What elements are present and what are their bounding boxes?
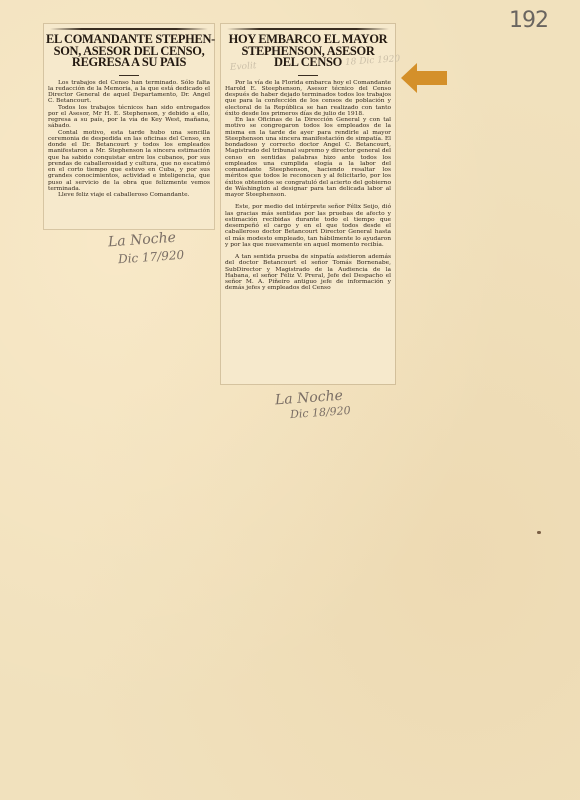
headline-left: EL COMANDANTE STEPHEN- SON, ASESOR DEL C… — [46, 34, 212, 69]
paragraph: Todos los trabajos técnicos han sido ent… — [48, 105, 210, 130]
paragraph: Lleve feliz viaje el caballeroso Comanda… — [48, 192, 210, 198]
faint-stamp: Evolit — [230, 61, 257, 73]
paper-speck — [537, 531, 541, 534]
clipping-right: HOY EMBARCO EL MAYOR STEPHENSON, ASESOR … — [221, 24, 395, 384]
paragraph: Por la vía de la Florida embarca hoy el … — [225, 80, 391, 118]
divider — [119, 75, 139, 76]
page-number: 192 — [509, 8, 548, 33]
handwritten-date-right: Dic 18/920 — [290, 404, 351, 421]
paragraph: Contal motivo, esta tarde hubo una senci… — [48, 130, 210, 193]
handwritten-date-left: Dic 17/920 — [118, 248, 185, 267]
headline-rule — [227, 28, 389, 30]
headline-line: REGRESA A SU PAIS — [46, 57, 212, 69]
paragraph: En las Oficinas de la Dirección General … — [225, 117, 391, 198]
divider — [298, 75, 318, 76]
paragraph: Este, por medio del intérprete señor Fél… — [225, 204, 391, 248]
left-arrow-icon — [401, 63, 447, 93]
headline-rule — [50, 28, 208, 30]
paragraph: Los trabajos del Censo han terminado. Só… — [48, 80, 210, 105]
clipping-left: EL COMANDANTE STEPHEN- SON, ASESOR DEL C… — [44, 24, 214, 229]
article-body-right: Por la vía de la Florida embarca hoy el … — [225, 80, 391, 292]
article-body-left: Los trabajos del Censo han terminado. Só… — [48, 80, 210, 199]
handwritten-source-left: La Noche — [108, 230, 177, 251]
paragraph: A tan sentida prueba de sinpatía asistie… — [225, 254, 391, 292]
